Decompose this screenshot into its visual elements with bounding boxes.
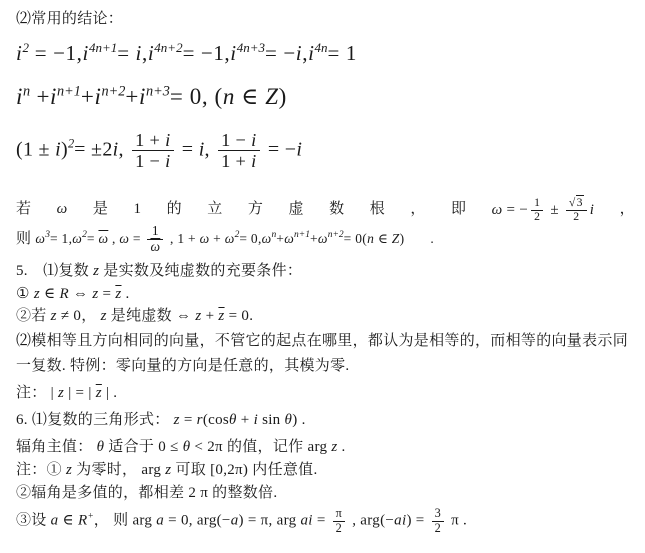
math-run: 1 −: [135, 151, 165, 171]
formula-i-sum: in +in+1+in+2+in+3= 0, (n ∈ Z): [16, 80, 287, 113]
math-variable: ω: [119, 231, 129, 246]
math-run: 2 π: [188, 485, 208, 501]
text-run: 注：①: [16, 462, 66, 478]
math-variable: a: [231, 512, 239, 528]
math-variable: Z: [392, 231, 400, 246]
text-run: ， 则: [94, 512, 133, 528]
math-run: =: [117, 41, 135, 65]
math-run: 1: [133, 199, 141, 221]
formula-group: ω = −12 ± √32i: [492, 197, 595, 224]
math-run: < 2π: [190, 439, 223, 455]
text-run: ，: [620, 199, 635, 221]
fraction-numerator: 1: [147, 224, 163, 240]
math-run: = 1,: [50, 231, 72, 246]
text-run: ②若: [16, 308, 51, 324]
fraction: 12: [531, 197, 543, 224]
superscript: 4n+3: [237, 40, 265, 55]
math-run: =: [180, 412, 197, 428]
text-run: 立: [207, 199, 222, 221]
note-arg-multivalue: ②辐角是多值的，都相差 2 π 的整数倍.: [16, 483, 277, 505]
math-run: ): [279, 84, 287, 109]
math-run: (1 ±: [16, 138, 55, 160]
text-run: 即: [451, 199, 466, 221]
math-run: +: [310, 231, 318, 246]
math-run: [0,2π): [210, 462, 248, 478]
superscript: n+2: [102, 83, 126, 99]
math-run: ⇔: [69, 286, 92, 302]
math-run: 2: [573, 210, 579, 223]
math-run: = −: [265, 41, 296, 65]
math-variable: n: [223, 84, 235, 109]
math-variable: ω: [35, 231, 45, 246]
fraction-numerator: 3: [432, 507, 444, 522]
math-variable: i: [95, 84, 102, 109]
math-run: ,: [108, 231, 119, 246]
math-run: 1 +: [221, 151, 251, 171]
superscript: n+2: [328, 230, 344, 240]
fraction-numerator: 1 − i: [218, 130, 259, 151]
fraction-denominator: 2: [432, 522, 444, 536]
fraction-denominator: 1 + i: [218, 151, 259, 171]
fraction-denominator: ω: [147, 240, 163, 255]
para-vector-equality: ⑵模相等且方向相同的向量，不管它的起点在哪里，都认为是相等的，而相等的向量表示同: [16, 331, 628, 353]
math-run: ): [400, 231, 405, 246]
math-run: ±: [546, 202, 563, 218]
math-run: = ±2: [74, 138, 112, 160]
math-run: +: [202, 308, 219, 324]
math-run: ,: [119, 138, 130, 160]
math-run: .: [430, 231, 434, 246]
superscript: n+1: [294, 230, 310, 240]
math-run: .: [122, 286, 130, 302]
math-run: , arg(−: [348, 512, 394, 528]
math-run: = 0, (: [170, 84, 223, 109]
square-root: √3: [569, 195, 584, 209]
note-modulus: 注： | z | = | z | .: [16, 383, 117, 405]
conjugate-bar: ω: [98, 231, 108, 246]
math-run: = −: [263, 138, 297, 160]
superscript: 4n: [315, 40, 328, 55]
math-run: ∈: [58, 512, 78, 528]
math-run: =: [129, 231, 144, 246]
math-run: π: [336, 506, 343, 520]
math-run: = 1: [328, 41, 357, 65]
fraction-denominator: 2: [566, 211, 587, 224]
text-run: 的: [167, 199, 182, 221]
math-run: ) =: [406, 512, 428, 528]
fraction: 1ω: [147, 224, 163, 255]
text-run: ⑵模相等且方向相同的向量，不管它的起点在哪里，都认为是相等的，而相等的向量表示同: [16, 333, 628, 349]
fraction: √32: [566, 197, 587, 224]
formula-omega-relations: 则 ω3= 1,ω2= ω , ω = 1ω , 1 + ω + ω2= 0,ω…: [16, 224, 434, 255]
math-run: +: [30, 84, 50, 109]
fraction-denominator: 2: [333, 522, 346, 536]
math-run: = −: [503, 202, 529, 218]
math-run: =: [313, 512, 330, 528]
text-run: 方: [248, 199, 263, 221]
fraction-denominator: 2: [531, 211, 543, 224]
text-run: 适合于: [104, 439, 158, 455]
text-run: ②辐角是多值的，都相差: [16, 485, 188, 501]
text-run: ①: [16, 286, 34, 302]
math-variable: i: [139, 84, 146, 109]
math-variable: i: [296, 138, 302, 160]
math-run: arg: [141, 462, 165, 478]
math-run: 1 −: [221, 130, 251, 150]
math-run: +: [81, 84, 95, 109]
math-variable: i: [251, 130, 256, 150]
math-run: .: [338, 439, 346, 455]
math-run: =: [98, 286, 115, 302]
text-run: 6. ⑴复数的三角形式：: [16, 412, 174, 428]
text-run: 5. ⑴复数: [16, 263, 93, 279]
math-run: π .: [447, 512, 467, 528]
fraction: π2: [333, 507, 346, 535]
math-run: ⇔: [176, 308, 195, 324]
math-run: =: [87, 231, 99, 246]
math-run: +: [276, 231, 284, 246]
fraction-numerator: π: [333, 507, 346, 522]
line-principal-argument: 辐角主值： θ 适合于 0 ≤ θ < 2π 的值，记作 arg z .: [16, 437, 346, 459]
text-run: 的值，记作: [223, 439, 308, 455]
heading-6-trig-form: 6. ⑴复数的三角形式： z = r(cosθ + i sin θ) .: [16, 410, 306, 432]
math-variable: ai: [394, 512, 406, 528]
text-run: ，: [81, 308, 100, 324]
math-run: ∈: [40, 286, 60, 302]
math-variable: ω: [225, 231, 235, 246]
math-run: 1: [534, 196, 540, 209]
text-run: 的整数倍.: [208, 485, 277, 501]
formula-1-plus-i: (1 ± i)2= ±2i, 1 + i1 − i = i, 1 − i1 + …: [16, 130, 302, 171]
radicand: 3: [576, 195, 584, 209]
math-run: ≠ 0: [57, 308, 81, 324]
math-variable: ω: [262, 231, 272, 246]
fraction: 1 + i1 − i: [132, 130, 173, 171]
math-run: |: [51, 385, 58, 401]
math-run: 2: [534, 210, 540, 223]
math-variable: ω: [72, 231, 82, 246]
math-run: 2: [336, 521, 342, 535]
text-run: 为零时，: [72, 462, 141, 478]
math-run: sin: [258, 412, 285, 428]
math-variable: θ: [229, 412, 237, 428]
math-run: +: [209, 231, 224, 246]
heading-common-conclusions: ⑵常用的结论：: [16, 9, 123, 31]
math-variable: i: [590, 202, 594, 218]
fraction-numerator: 1 + i: [132, 130, 173, 151]
math-variable: ω: [57, 199, 68, 221]
superscript: 4n+2: [154, 40, 182, 55]
math-run: = −1,: [183, 41, 231, 65]
math-variable: ω: [284, 231, 294, 246]
math-run: ): [61, 138, 68, 160]
text-run: ⑵常用的结论：: [16, 11, 123, 27]
text-run: 辐角主值：: [16, 439, 97, 455]
note-arg-zero: 注：① z 为零时， arg z 可取 [0,2π) 内任意值.: [16, 460, 318, 482]
math-variable: R: [59, 286, 68, 302]
line-omega-cube-root: 若ω是1的立方虚数根，即ω = −12 ± √32i，: [16, 197, 635, 224]
fraction-denominator: 1 − i: [132, 151, 173, 171]
math-run: ∈: [235, 84, 265, 109]
math-variable: Z: [265, 84, 278, 109]
text-run: 注：: [16, 385, 51, 401]
math-run: | = |: [64, 385, 96, 401]
math-run: (cos: [203, 412, 229, 428]
text-run: ③设: [16, 512, 51, 528]
text-run: 可取: [171, 462, 210, 478]
fraction: 32: [432, 507, 444, 535]
superscript: 4n+1: [89, 40, 117, 55]
text-run: 若: [16, 199, 31, 221]
math-variable: i: [50, 84, 57, 109]
math-variable: ω: [318, 231, 328, 246]
text-run: 则: [16, 231, 35, 247]
math-variable: i: [165, 130, 170, 150]
item-2-pure-imaginary-condition: ②若 z ≠ 0， z 是纯虚数 ⇔ z + z = 0.: [16, 306, 253, 328]
math-variable: ai: [300, 512, 312, 528]
text-run: 是实数及纯虚数的充要条件：: [99, 263, 302, 279]
math-variable: ω: [492, 202, 503, 218]
document-page: ⑵常用的结论：i2 = −1,i4n+1= i,i4n+2= −1,i4n+3=…: [0, 0, 645, 553]
item-1-real-condition: ① z ∈ R ⇔ z = z .: [16, 284, 130, 306]
math-run: , 1 +: [166, 231, 199, 246]
math-run: ) = π, arg: [239, 512, 301, 528]
fraction: 1 − i1 + i: [218, 130, 259, 171]
math-run: arg: [132, 512, 156, 528]
text-run: 虚: [288, 199, 303, 221]
math-run: ∈: [374, 231, 392, 246]
text-run: 是纯虚数: [107, 308, 176, 324]
math-run: = 0(: [344, 231, 367, 246]
math-run: 2: [435, 521, 441, 535]
math-run: +: [237, 412, 254, 428]
fraction-numerator: √3: [566, 197, 587, 211]
math-variable: i: [165, 151, 170, 171]
math-run: = 0.: [225, 308, 254, 324]
math-run: 1 +: [135, 130, 165, 150]
text-run: 是: [93, 199, 108, 221]
math-run: = 0,: [239, 231, 261, 246]
math-variable: i: [251, 151, 256, 171]
superscript: n+1: [57, 83, 81, 99]
math-run: +: [125, 84, 139, 109]
note-arg-examples: ③设 a ∈ R+， 则 arg a = 0, arg(−a) = π, arg…: [16, 507, 467, 535]
para-vector-equality-cont: 一复数. 特例：零向量的方向是任意的，其模为零.: [16, 356, 349, 378]
math-run: | .: [102, 385, 117, 401]
math-run: ,: [205, 138, 216, 160]
math-run: = −1,: [29, 41, 83, 65]
formula-i-powers: i2 = −1,i4n+1= i,i4n+2= −1,i4n+3= −i,i4n…: [16, 38, 357, 68]
math-variable: i: [16, 84, 23, 109]
math-run: = 0, arg(−: [164, 512, 231, 528]
text-run: 内任意值.: [248, 462, 317, 478]
text-run: 一复数. 特例：零向量的方向是任意的，其模为零.: [16, 358, 349, 374]
math-run: 0 ≤: [158, 439, 182, 455]
heading-5-conditions: 5. ⑴复数 z 是实数及纯虚数的充要条件：: [16, 261, 302, 283]
math-run: 1: [152, 223, 159, 238]
fraction-numerator: 1: [531, 197, 543, 211]
math-run: 3: [435, 506, 441, 520]
conjugate-bar: ω: [150, 239, 160, 254]
text-run: 根: [370, 199, 385, 221]
math-run: arg: [308, 439, 332, 455]
superscript: n+3: [146, 83, 170, 99]
text-run: 数: [329, 199, 344, 221]
math-variable: a: [156, 512, 164, 528]
math-variable: ω: [200, 231, 210, 246]
math-run: =: [177, 138, 199, 160]
math-run: ) .: [292, 412, 305, 428]
text-run: ，: [410, 199, 425, 221]
